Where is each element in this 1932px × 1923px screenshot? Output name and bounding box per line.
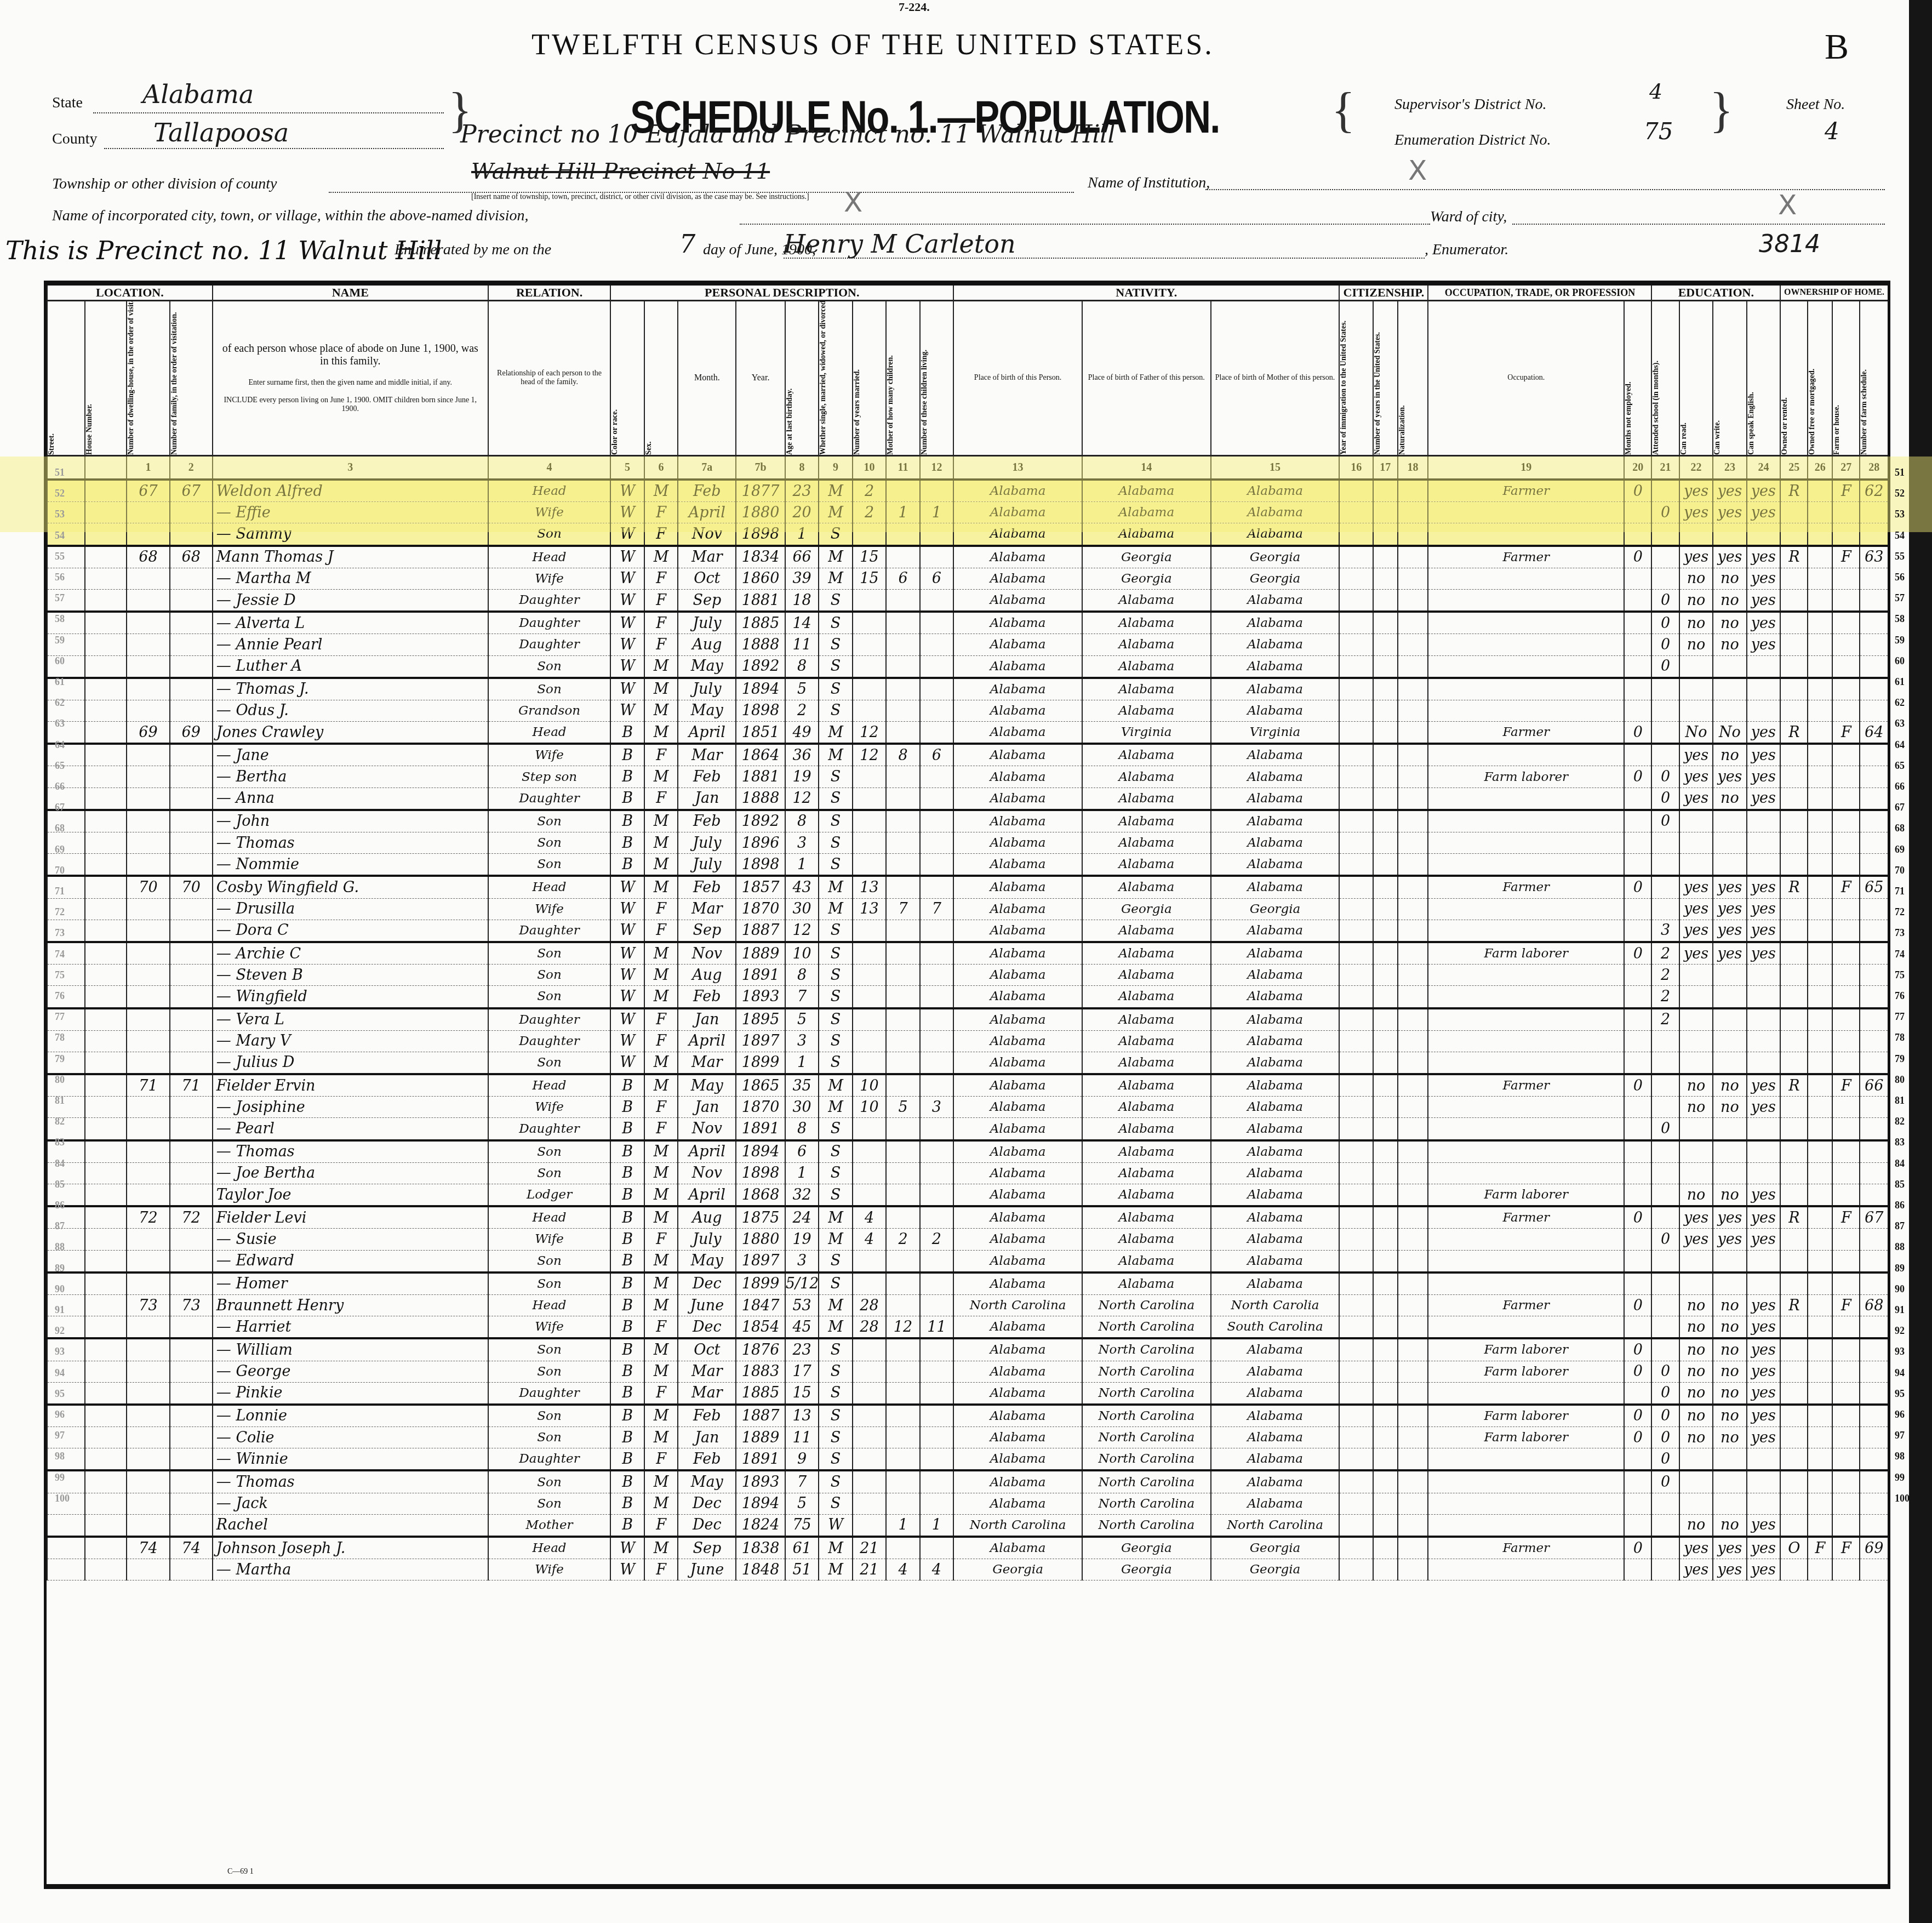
cell-write: [1713, 854, 1746, 876]
cell-dw: [127, 1338, 169, 1361]
col-english: Can speak English.: [1747, 301, 1780, 456]
cell-unemp: [1624, 1008, 1651, 1031]
cell-read: [1679, 1008, 1713, 1031]
cell-own: [1780, 1118, 1808, 1140]
cell-own: [1780, 1448, 1808, 1471]
cell-pob-m: Alabama: [1211, 766, 1340, 788]
cell-empty: [1373, 1405, 1398, 1427]
cell-empty: [1339, 1470, 1373, 1493]
cell-unemp: 0: [1624, 1405, 1651, 1427]
cell-mother-of: [886, 722, 919, 744]
cell-living: [920, 1140, 954, 1163]
cell-own: R: [1780, 1074, 1808, 1097]
cell-pob-f: North Carolina: [1082, 1361, 1211, 1382]
cell-sched: [1860, 1470, 1888, 1493]
cell-empty: [85, 898, 127, 920]
cell-eng: yes: [1747, 788, 1780, 810]
cell-month: Mar: [678, 1052, 736, 1074]
cell-dw: [127, 766, 169, 788]
cell-dw: 73: [127, 1294, 169, 1316]
cell-write: no: [1713, 1097, 1746, 1118]
cell-pob-m: Alabama: [1211, 810, 1340, 832]
cell-empty: [1339, 788, 1373, 810]
cell-unemp: 0: [1624, 722, 1651, 744]
table-row: — Odus J.GrandsonWMMay18982SAlabamaAlaba…: [47, 700, 1888, 721]
enumerator-label: , Enumerator.: [1425, 241, 1508, 259]
cell-empty: [1398, 744, 1428, 766]
cell-sched: [1860, 1052, 1888, 1074]
cell-fam: [170, 1427, 213, 1448]
cell-year: 1875: [736, 1206, 785, 1229]
cell-school: [1651, 722, 1679, 744]
cell-free: [1808, 1184, 1832, 1207]
cell-own: [1780, 1162, 1808, 1184]
cell-own: [1780, 1338, 1808, 1361]
cell-mother-of: [886, 655, 919, 678]
cell-rel: Head: [488, 876, 611, 898]
cell-living: 1: [920, 502, 954, 523]
cell-name: — Thomas: [213, 1140, 488, 1163]
cell-sched: [1860, 1493, 1888, 1514]
cell-month: Dec: [678, 1514, 736, 1537]
line-number-left: 89: [55, 1263, 65, 1274]
cell-own: [1780, 1427, 1808, 1448]
cell-empty: [47, 722, 85, 744]
cell-color: B: [610, 1405, 644, 1427]
cell-empty: [47, 1338, 85, 1361]
cell-marital: M: [819, 898, 852, 920]
table-row: 7373Braunnett HenryHeadBMJune184753M28No…: [47, 1294, 1888, 1316]
cell-sched: [1860, 920, 1888, 942]
cell-year: 1894: [736, 678, 785, 700]
cell-empty: [1398, 589, 1428, 612]
cell-empty: [1398, 1097, 1428, 1118]
cell-yrs-m: 13: [853, 876, 886, 898]
cell-pob: Alabama: [953, 1448, 1082, 1471]
cell-pob-m: Alabama: [1211, 854, 1340, 876]
line-number: 68: [1895, 823, 1905, 834]
cell-sched: 68: [1860, 1294, 1888, 1316]
cell-mother-of: 2: [886, 1229, 919, 1250]
cell-empty: [47, 1361, 85, 1382]
cell-school: 0: [1651, 589, 1679, 612]
cell-name: — Colie: [213, 1427, 488, 1448]
cell-free: [1808, 1162, 1832, 1184]
cell-empty: [47, 1405, 85, 1427]
cell-write: [1713, 1273, 1746, 1295]
cell-empty: [85, 876, 127, 898]
cell-empty: [85, 1361, 127, 1382]
cell-farm: [1832, 832, 1860, 854]
state-label: State: [52, 94, 83, 112]
cell-marital: S: [819, 1493, 852, 1514]
cell-mother-of: 1: [886, 502, 919, 523]
cell-mother-of: [886, 634, 919, 655]
cell-eng: yes: [1747, 502, 1780, 523]
cell-marital: S: [819, 810, 852, 832]
cell-mother-of: 5: [886, 1097, 919, 1118]
line-number: 56: [1895, 572, 1905, 583]
scan-edge: [1909, 0, 1932, 1923]
cell-occ: [1428, 678, 1624, 700]
line-number-left: 92: [55, 1325, 65, 1337]
cell-month: Feb: [678, 986, 736, 1008]
cell-sex: M: [644, 810, 678, 832]
cell-school: 0: [1651, 1229, 1679, 1250]
cell-dw: [127, 1229, 169, 1250]
cell-school: [1651, 1030, 1679, 1052]
side-note: This is Precinct no. 11 Walnut Hill: [5, 236, 442, 265]
cell-empty: [1339, 1052, 1373, 1074]
cell-marital: S: [819, 1382, 852, 1405]
cell-fam: [170, 678, 213, 700]
cell-mother-of: [886, 523, 919, 546]
cell-mother-of: [886, 766, 919, 788]
cell-free: [1808, 1405, 1832, 1427]
cell-empty: [1398, 480, 1428, 502]
cell-yrs-m: [853, 1118, 886, 1140]
cell-read: [1679, 1493, 1713, 1514]
cell-empty: [1339, 766, 1373, 788]
cell-empty: [1339, 1250, 1373, 1273]
cell-empty: [1373, 920, 1398, 942]
cell-write: [1713, 1250, 1746, 1273]
cell-marital: S: [819, 1184, 852, 1207]
cell-color: B: [610, 1273, 644, 1295]
cell-name: — John: [213, 810, 488, 832]
line-number-left: 99: [55, 1472, 65, 1483]
cell-empty: [1373, 655, 1398, 678]
cell-empty: [1398, 1162, 1428, 1184]
cell-sex: F: [644, 589, 678, 612]
cell-name: — Bertha: [213, 766, 488, 788]
table-row: — JaneWifeBFMar186436M1286AlabamaAlabama…: [47, 744, 1888, 766]
cell-empty: [47, 1273, 85, 1295]
cell-pob: Alabama: [953, 898, 1082, 920]
cell-own: [1780, 502, 1808, 523]
cell-write: no: [1713, 1316, 1746, 1339]
precinct-value: Precinct no 10 Eufala and Precinct no. 1…: [460, 121, 1116, 149]
cell-pob-m: Alabama: [1211, 655, 1340, 678]
cell-empty: [1398, 1118, 1428, 1140]
cell-empty: [85, 1338, 127, 1361]
table-row: — WinnieDaughterBFFeb18919SAlabamaNorth …: [47, 1448, 1888, 1471]
cell-occ: [1428, 1118, 1624, 1140]
cell-empty: [85, 546, 127, 568]
cell-empty: [85, 1074, 127, 1097]
cell-pob-f: North Carolina: [1082, 1470, 1211, 1493]
cell-school: [1651, 546, 1679, 568]
cell-read: yes: [1679, 1229, 1713, 1250]
cell-pob: Alabama: [953, 1118, 1082, 1140]
cell-month: Sep: [678, 920, 736, 942]
cell-own: [1780, 1470, 1808, 1493]
cell-rel: Son: [488, 854, 611, 876]
cell-age: 5: [785, 1008, 819, 1031]
cell-own: [1780, 965, 1808, 986]
institution-label: Name of Institution,: [1088, 174, 1210, 192]
cell-farm: [1832, 1052, 1860, 1074]
line-number-left: 95: [55, 1388, 65, 1400]
cell-pob-f: Alabama: [1082, 1273, 1211, 1295]
cell-marital: S: [819, 1338, 852, 1361]
cell-pob-m: Alabama: [1211, 1206, 1340, 1229]
col-name-desc: of each person whose place of abode on J…: [213, 301, 488, 456]
cell-yrs-m: [853, 1493, 886, 1514]
cell-empty: [47, 1250, 85, 1273]
cell-fam: [170, 1559, 213, 1580]
cell-empty: [85, 1273, 127, 1295]
cell-pob-f: Alabama: [1082, 1052, 1211, 1074]
cell-empty: [1339, 1074, 1373, 1097]
cell-age: 12: [785, 920, 819, 942]
cell-empty: [1339, 1140, 1373, 1163]
cell-pob: Alabama: [953, 1140, 1082, 1163]
cell-occ: [1428, 1273, 1624, 1295]
cell-color: B: [610, 832, 644, 854]
table-row: — EffieWifeWFApril188020M211AlabamaAlaba…: [47, 502, 1888, 523]
cell-empty: [85, 1030, 127, 1052]
line-number: 82: [1895, 1116, 1905, 1127]
col-street: Street.: [47, 301, 85, 456]
cell-yrs-m: 15: [853, 546, 886, 568]
cell-empty: [1339, 1316, 1373, 1339]
table-row: — ThomasSonBMJuly18963SAlabamaAlabamaAla…: [47, 832, 1888, 854]
cell-name: — Mary V: [213, 1030, 488, 1052]
col-sex: Sex.: [644, 301, 678, 456]
cell-name: — Vera L: [213, 1008, 488, 1031]
cell-mother-of: [886, 788, 919, 810]
cell-school: [1651, 1338, 1679, 1361]
cell-empty: [1339, 1559, 1373, 1580]
cell-pob-f: Virginia: [1082, 722, 1211, 744]
cell-month: Dec: [678, 1316, 736, 1339]
line-number: 88: [1895, 1241, 1905, 1253]
cell-empty: [1339, 722, 1373, 744]
cell-year: 1881: [736, 766, 785, 788]
cell-read: [1679, 854, 1713, 876]
cell-sched: [1860, 700, 1888, 721]
cell-fam: 67: [170, 480, 213, 502]
cell-age: 8: [785, 965, 819, 986]
cell-school: [1651, 876, 1679, 898]
cell-mother-of: [886, 810, 919, 832]
cell-free: [1808, 722, 1832, 744]
cell-sched: [1860, 1427, 1888, 1448]
cell-eng: [1747, 1118, 1780, 1140]
line-number: 95: [1895, 1388, 1905, 1400]
cell-pob-m: North Carolia: [1211, 1294, 1340, 1316]
cell-sex: F: [644, 612, 678, 634]
cell-unemp: [1624, 1448, 1651, 1471]
cell-month: April: [678, 502, 736, 523]
cell-unemp: [1624, 744, 1651, 766]
ward-line: [1512, 224, 1885, 225]
cell-own: [1780, 854, 1808, 876]
cell-name: — Odus J.: [213, 700, 488, 721]
line-number-left: 79: [55, 1053, 65, 1065]
cell-farm: F: [1832, 546, 1860, 568]
cell-year: 1865: [736, 1074, 785, 1097]
cell-read: no: [1679, 612, 1713, 634]
cell-pob-m: Georgia: [1211, 898, 1340, 920]
cell-empty: [1339, 634, 1373, 655]
cell-occ: Farm laborer: [1428, 1184, 1624, 1207]
cell-pob: Alabama: [953, 523, 1082, 546]
cell-write: no: [1713, 1184, 1746, 1207]
cell-name: — Josiphine: [213, 1097, 488, 1118]
cell-sched: 63: [1860, 546, 1888, 568]
cell-write: [1713, 655, 1746, 678]
cell-empty: [1398, 942, 1428, 965]
cell-year: 1870: [736, 1097, 785, 1118]
column-number: 18: [1398, 456, 1428, 480]
cell-year: 1876: [736, 1338, 785, 1361]
cell-eng: [1747, 1030, 1780, 1052]
cell-sex: M: [644, 1294, 678, 1316]
line-number: 78: [1895, 1032, 1905, 1043]
cell-unemp: [1624, 810, 1651, 832]
cell-pob-f: Alabama: [1082, 965, 1211, 986]
cell-marital: S: [819, 1427, 852, 1448]
cell-free: [1808, 854, 1832, 876]
cell-sex: F: [644, 1229, 678, 1250]
cell-fam: [170, 1008, 213, 1031]
cell-free: [1808, 1514, 1832, 1537]
group-education: EDUCATION.: [1651, 286, 1780, 301]
table-row: — DrusillaWifeWFMar187030M1377AlabamaGeo…: [47, 898, 1888, 920]
cell-pob-f: Alabama: [1082, 1250, 1211, 1273]
cell-free: [1808, 655, 1832, 678]
cell-mother-of: 7: [886, 898, 919, 920]
cell-school: [1651, 898, 1679, 920]
cell-farm: [1832, 1470, 1860, 1493]
cell-yrs-m: 2: [853, 480, 886, 502]
cell-free: [1808, 1361, 1832, 1382]
table-row: — Julius DSonWMMar18991SAlabamaAlabamaAl…: [47, 1052, 1888, 1074]
line-number-left: 76: [55, 990, 65, 1002]
cell-unemp: [1624, 1030, 1651, 1052]
line-number-left: 73: [55, 927, 65, 939]
cell-mother-of: [886, 1427, 919, 1448]
cell-color: W: [610, 700, 644, 721]
cell-rel: Son: [488, 1493, 611, 1514]
cell-school: [1651, 1052, 1679, 1074]
cell-empty: [1339, 1427, 1373, 1448]
cell-fam: [170, 1250, 213, 1273]
cell-school: 2: [1651, 986, 1679, 1008]
cell-year: 1895: [736, 1008, 785, 1031]
column-number: 2: [170, 456, 213, 480]
cell-living: [920, 722, 954, 744]
cell-rel: Head: [488, 1206, 611, 1229]
cell-read: no: [1679, 1316, 1713, 1339]
cell-name: — Pinkie: [213, 1382, 488, 1405]
line-number: 86: [1895, 1200, 1905, 1211]
cell-empty: [85, 1140, 127, 1163]
cell-free: [1808, 898, 1832, 920]
cell-eng: yes: [1747, 480, 1780, 502]
table-row: — WilliamSonBMOct187623SAlabamaNorth Car…: [47, 1338, 1888, 1361]
cell-living: [920, 589, 954, 612]
incorporated-x: X: [844, 186, 862, 218]
cell-rel: Wife: [488, 898, 611, 920]
column-number: 16: [1339, 456, 1373, 480]
cell-unemp: [1624, 1097, 1651, 1118]
cell-free: [1808, 480, 1832, 502]
cell-month: June: [678, 1559, 736, 1580]
cell-month: Feb: [678, 876, 736, 898]
cell-fam: [170, 700, 213, 721]
cell-read: [1679, 1162, 1713, 1184]
cell-farm: [1832, 655, 1860, 678]
cell-own: [1780, 1273, 1808, 1295]
cell-empty: [1339, 1206, 1373, 1229]
cell-school: [1651, 568, 1679, 589]
cell-color: B: [610, 1382, 644, 1405]
cell-dw: [127, 1118, 169, 1140]
cell-empty: [1373, 634, 1398, 655]
cell-write: [1713, 1140, 1746, 1163]
cell-living: [920, 1250, 954, 1273]
cell-age: 6: [785, 1140, 819, 1163]
cell-marital: M: [819, 568, 852, 589]
cell-sex: M: [644, 1273, 678, 1295]
cell-dw: [127, 1052, 169, 1074]
column-number: 28: [1860, 456, 1888, 480]
cell-yrs-m: [853, 1250, 886, 1273]
cell-eng: yes: [1747, 920, 1780, 942]
state-line: [93, 112, 444, 113]
cell-pob-f: Alabama: [1082, 744, 1211, 766]
line-number: 71: [1895, 886, 1905, 897]
col-occupation: Occupation.: [1428, 301, 1624, 456]
cell-school: [1651, 700, 1679, 721]
cell-marital: S: [819, 612, 852, 634]
township-instruction: [Insert name of township, town, precinct…: [471, 193, 809, 202]
cell-write: no: [1713, 568, 1746, 589]
census-table: LOCATION. NAME RELATION. PERSONAL DESCRI…: [44, 281, 1890, 1889]
cell-empty: [1339, 854, 1373, 876]
cell-empty: [85, 986, 127, 1008]
cell-empty: [1398, 1140, 1428, 1163]
cell-occ: [1428, 1250, 1624, 1273]
cell-mother-of: [886, 1493, 919, 1514]
line-number: 79: [1895, 1053, 1905, 1065]
line-number: 94: [1895, 1367, 1905, 1379]
cell-yrs-m: 4: [853, 1229, 886, 1250]
col-free-mortgaged: Owned free or mortgaged.: [1808, 301, 1832, 456]
cell-occ: Farm laborer: [1428, 1427, 1624, 1448]
cell-age: 13: [785, 1405, 819, 1427]
cell-empty: [1398, 1294, 1428, 1316]
cell-empty: [1398, 1273, 1428, 1295]
cell-eng: yes: [1747, 1514, 1780, 1537]
cell-empty: [1373, 876, 1398, 898]
cell-read: [1679, 1250, 1713, 1273]
cell-pob-m: Alabama: [1211, 942, 1340, 965]
cell-empty: [47, 1294, 85, 1316]
cell-name: — Sammy: [213, 523, 488, 546]
cell-occ: [1428, 1030, 1624, 1052]
cell-eng: yes: [1747, 876, 1780, 898]
cell-empty: [1398, 1052, 1428, 1074]
cell-age: 53: [785, 1294, 819, 1316]
cell-name: Fielder Levi: [213, 1206, 488, 1229]
cell-pob: Alabama: [953, 920, 1082, 942]
cell-pob-m: Alabama: [1211, 589, 1340, 612]
cell-age: 23: [785, 1338, 819, 1361]
